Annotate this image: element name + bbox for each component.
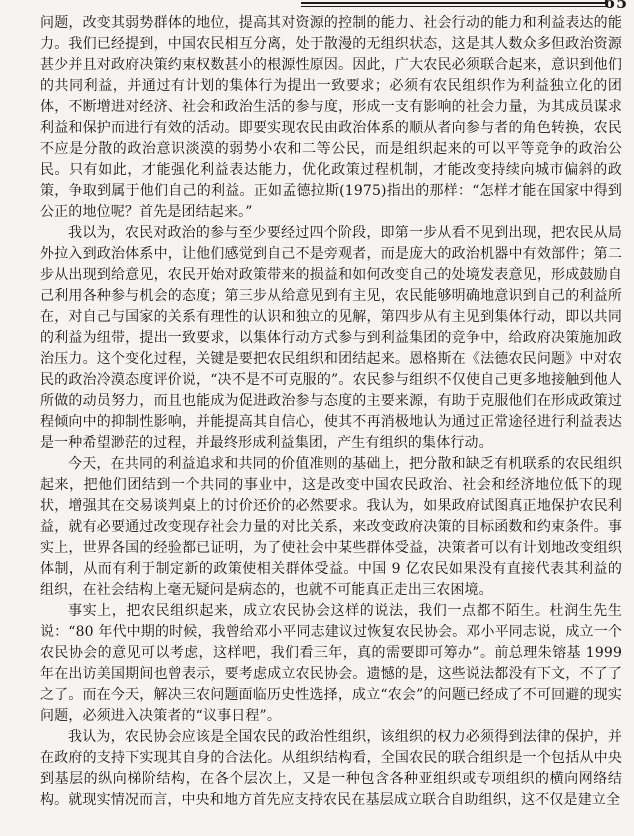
paragraph-continuation: 问题，改变其弱势群体的地位，提高其对资源的控制的能力、社会行动的能力和利益表达的… <box>40 13 622 223</box>
book-page: 65 问题，改变其弱势群体的地位，提高其对资源的控制的能力、社会行动的能力和利益… <box>0 0 634 836</box>
page-number: 65 <box>602 0 630 12</box>
paragraph-organizing-today: 今天，在共同的利益追求和共同的价值准则的基础上，把分散和缺乏有机联系的农民组织起… <box>40 454 622 601</box>
paragraph-association-structure: 我认为，农民协会应该是全国农民的政治性组织，该组织的权力必须得到法律的保护，并在… <box>40 727 622 811</box>
paragraph-four-stages: 我以为，农民对政治的参与至少要经过四个阶段，即第一步从看不见到出现，把农民从局外… <box>40 223 622 454</box>
header-rule <box>301 2 607 7</box>
body-text: 问题，改变其弱势群体的地位，提高其对资源的控制的能力、社会行动的能力和利益表达的… <box>40 13 622 811</box>
paragraph-farmers-association-history: 事实上，把农民组织起来，成立农民协会这样的说法，我们一点都不陌生。杜润生先生说：… <box>40 601 622 727</box>
